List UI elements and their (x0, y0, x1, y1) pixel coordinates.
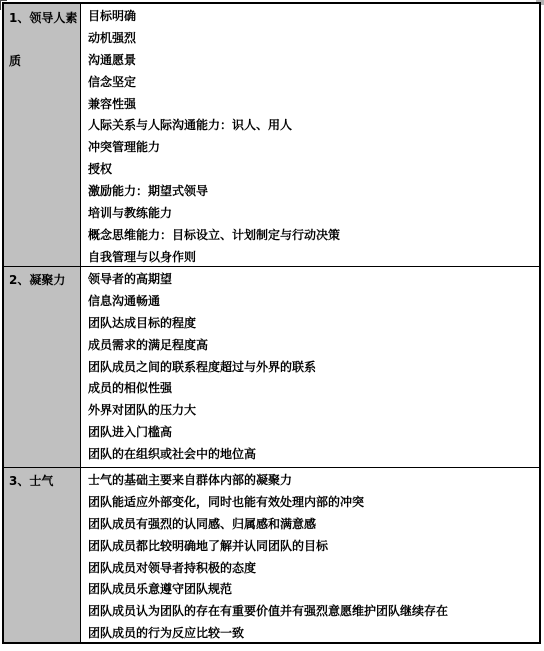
table-row: 成员的相似性强 (88, 378, 539, 400)
table-row: 团队成员有强烈的认同感、归属感和满意感 (88, 514, 539, 536)
table-row: 沟通愿景 (88, 50, 539, 72)
section-header-cell-leadership: 1、领导人素质 (4, 4, 81, 266)
table-row: 概念思维能力：目标设立、计划制定与行动决策 (88, 225, 539, 247)
section-row-leadership: 1、领导人素质 目标明确动机强烈沟通愿景信念坚定兼容性强人际关系与人际沟通能力：… (4, 4, 539, 267)
section-header-label: 1、领导人素质 (9, 4, 78, 83)
table-row: 团队成员乐意遵守团队规范 (88, 579, 539, 601)
table-row: 团队成员之间的联系程度超过与外界的联系 (88, 357, 539, 379)
table-row: 团队成员对领导者持积极的态度 (88, 558, 539, 580)
table-row: 激励能力：期望式领导 (88, 181, 539, 203)
table-row: 士气的基础主要来自群体内部的凝聚力 (88, 470, 539, 492)
section-header-cell-morale: 3、士气 (4, 468, 81, 642)
table-row: 团队进入门槛高 (88, 422, 539, 444)
table-row: 信念坚定 (88, 72, 539, 94)
table-row: 团队成员认为团队的存在有重要价值并有强烈意愿维护团队继续存在 (88, 601, 539, 623)
section-items-cell-leadership: 目标明确动机强烈沟通愿景信念坚定兼容性强人际关系与人际沟通能力：识人、用人冲突管… (81, 4, 539, 266)
table-row: 冲突管理能力 (88, 137, 539, 159)
table-row: 兼容性强 (88, 94, 539, 116)
table-row: 领导者的高期望 (88, 269, 539, 291)
table-row: 信息沟通畅通 (88, 291, 539, 313)
table-row: 动机强烈 (88, 28, 539, 50)
section-header-label: 2、凝聚力 (9, 269, 78, 291)
table-row: 团队能适应外部变化，同时也能有效处理内部的冲突 (88, 492, 539, 514)
table-row: 人际关系与人际沟通能力：识人、用人 (88, 115, 539, 137)
table-row: 团队的在组织或社会中的地位高 (88, 444, 539, 466)
table-row: 成员需求的满足程度高 (88, 335, 539, 357)
table-row: 目标明确 (88, 6, 539, 28)
table-row: 自我管理与以身作则 (88, 247, 539, 266)
team-factors-table: 1、领导人素质 目标明确动机强烈沟通愿景信念坚定兼容性强人际关系与人际沟通能力：… (2, 2, 541, 644)
table-row: 团队成员都比较明确地了解并认同团队的目标 (88, 536, 539, 558)
table-row: 团队达成目标的程度 (88, 313, 539, 335)
table-row: 外界对团队的压力大 (88, 400, 539, 422)
table-row: 授权 (88, 159, 539, 181)
section-row-cohesion: 2、凝聚力 领导者的高期望信息沟通畅通团队达成目标的程度成员需求的满足程度高团队… (4, 267, 539, 468)
section-items-cell-morale: 士气的基础主要来自群体内部的凝聚力团队能适应外部变化，同时也能有效处理内部的冲突… (81, 468, 539, 642)
section-row-morale: 3、士气 士气的基础主要来自群体内部的凝聚力团队能适应外部变化，同时也能有效处理… (4, 468, 539, 642)
table-row: 团队成员的行为反应比较一致 (88, 623, 539, 642)
table-row: 培训与教练能力 (88, 203, 539, 225)
section-header-label: 3、士气 (9, 470, 78, 492)
section-header-cell-cohesion: 2、凝聚力 (4, 267, 81, 467)
section-items-cell-cohesion: 领导者的高期望信息沟通畅通团队达成目标的程度成员需求的满足程度高团队成员之间的联… (81, 267, 539, 467)
